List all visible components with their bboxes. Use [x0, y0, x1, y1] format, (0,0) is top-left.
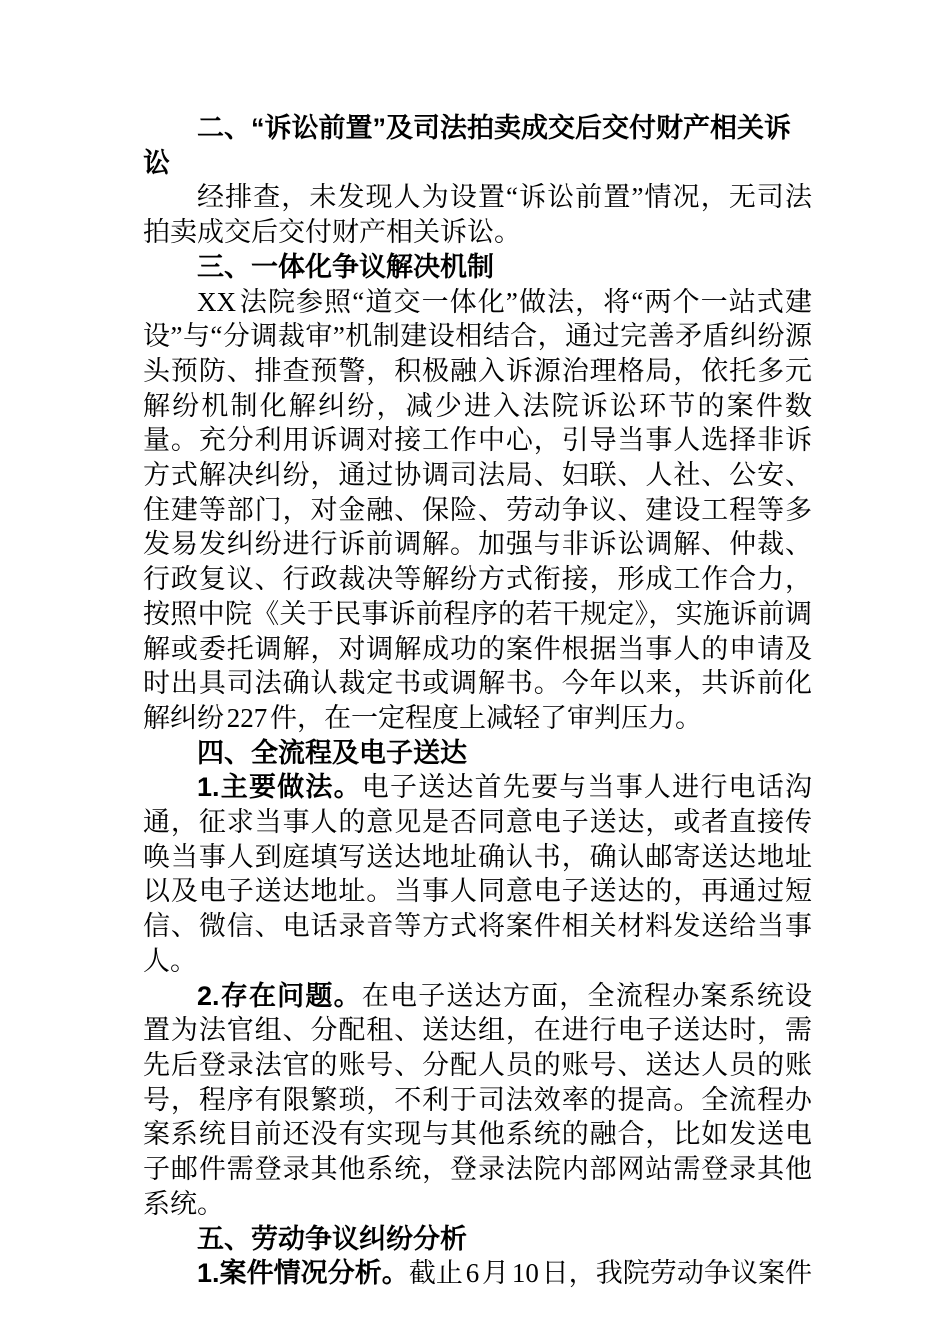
paragraph-main-practice: 1.主要做法。电子送达首先要与当事人进行电话沟通，征求当事人的意见是否同意电子送… — [143, 770, 812, 978]
paragraph-existing-problems-text: 在电子送达方面，全流程办案系统设置为法官组、分配租、送达组，在进行电子送达时，需… — [143, 981, 812, 1219]
paragraph-main-practice-text: 电子送达首先要与当事人进行电话沟通，征求当事人的意见是否同意电子送达，或者直接传… — [143, 772, 812, 976]
heading-section-three: 三、一体化争议解决机制 — [143, 250, 812, 285]
paragraph-existing-problems: 2.存在问题。在电子送达方面，全流程办案系统设置为法官组、分配租、送达组，在进行… — [143, 979, 812, 1222]
paragraph-case-analysis: 1.案件情况分析。截止 6 月 10 日，我院劳动争议案件 — [143, 1256, 812, 1291]
paragraph-section-two-body: 经排查，未发现人为设置“诉讼前置”情况，无司法拍卖成交后交付财产相关诉讼。 — [143, 180, 812, 249]
heading-section-five: 五、劳动争议纠纷分析 — [143, 1222, 812, 1257]
paragraph-case-analysis-lead: 1.案件情况分析。 — [197, 1258, 409, 1288]
paragraph-existing-problems-lead: 2.存在问题。 — [197, 981, 362, 1011]
document-content: 二、“诉讼前置”及司法拍卖成交后交付财产相关诉讼 经排查，未发现人为设置“诉讼前… — [143, 111, 812, 1291]
heading-section-four: 四、全流程及电子送达 — [143, 736, 812, 771]
paragraph-case-analysis-text: 截止 6 月 10 日，我院劳动争议案件 — [409, 1258, 812, 1288]
paragraph-main-practice-lead: 1.主要做法。 — [197, 772, 362, 802]
document-page: 二、“诉讼前置”及司法拍卖成交后交付财产相关诉讼 经排查，未发现人为设置“诉讼前… — [0, 0, 950, 1344]
paragraph-section-three-body: XX 法院参照“道交一体化”做法，将“两个一站式建设”与“分调裁审”机制建设相结… — [143, 285, 812, 736]
heading-section-two: 二、“诉讼前置”及司法拍卖成交后交付财产相关诉讼 — [143, 111, 812, 180]
